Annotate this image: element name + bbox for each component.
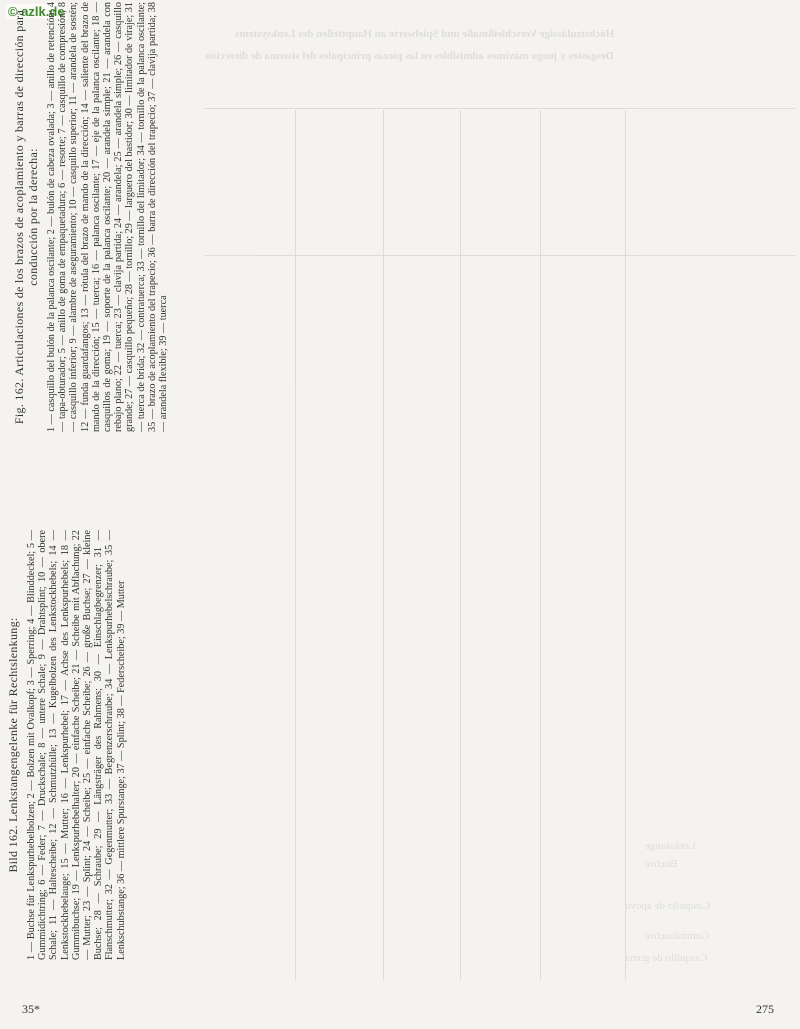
caption-spanish-body: 1 — casquillo del bulón de la palanca os…	[46, 2, 169, 432]
caption-spanish: Fig. 162. Articulaciones de los brazos d…	[12, 2, 169, 432]
caption-german-body: 1 — Buchse für Lenkspurhebelbolzen; 2 — …	[26, 530, 127, 960]
caption-german-title: Bild 162. Lenkstangengelenke für Rechtsl…	[6, 530, 20, 960]
bleed-row-label: Gummibuchse	[645, 930, 709, 942]
bleed-row-label: Buchse	[645, 858, 677, 870]
bleed-heading-2: Desgastes y juego máximos admisibles en …	[205, 50, 614, 62]
caption-spanish-title: Fig. 162. Articulaciones de los brazos d…	[12, 2, 40, 432]
caption-german: Bild 162. Lenkstangengelenke für Rechtsl…	[6, 530, 127, 960]
bleed-heading-1: Höchstzulässige Verschleißmaße und Spiel…	[235, 28, 614, 40]
bleed-through-table: Höchstzulässige Verschleißmaße und Spiel…	[205, 20, 795, 980]
bleed-row-label: Casquillo de apoyo	[625, 900, 710, 912]
bleed-row-label: Lenkstange	[645, 840, 696, 852]
signature-mark: 35*	[22, 1002, 40, 1017]
page-number: 275	[756, 1002, 774, 1017]
bleed-row-label: Casquillo de goma	[625, 952, 708, 964]
